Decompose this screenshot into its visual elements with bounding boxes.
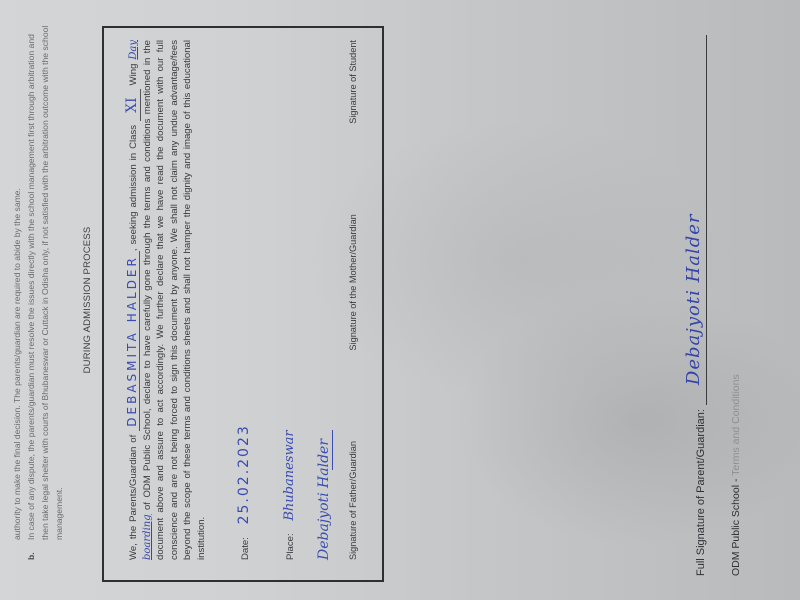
declaration-text: We, the Parents/Guardian of DEBASMITA HA… bbox=[126, 40, 208, 560]
decl-part3: Wing bbox=[128, 64, 139, 86]
full-signature-line: Debajyoti Halder bbox=[680, 35, 707, 405]
date-handwritten: 25.02.2023 bbox=[236, 424, 252, 524]
footer-doc-title: Terms and Conditions bbox=[730, 374, 742, 476]
father-signature-label: Signature of Father/Guardian bbox=[348, 441, 358, 560]
decl-part4: of ODM Public School, declare to have ca… bbox=[142, 40, 207, 560]
section-title: DURING ADMISSION PROCESS bbox=[82, 0, 93, 600]
full-signature-label: Full Signature of Parent/Guardian: bbox=[695, 409, 707, 576]
previous-continuation: authority to make the final decision. Th… bbox=[10, 20, 24, 560]
student-name-handwritten: DEBASMITA HALDER bbox=[125, 251, 140, 431]
decl-part1: We, the Parents/Guardian of bbox=[128, 435, 139, 560]
full-signature-row: Full Signature of Parent/Guardian: Debaj… bbox=[680, 16, 707, 576]
full-signature-handwritten: Debajyoti Halder bbox=[683, 213, 704, 385]
mother-signature-label: Signature of the Mother/Guardian bbox=[348, 214, 358, 350]
date-field: Date: 25.02.2023 bbox=[236, 424, 252, 560]
item-b: b. In case of any dispute, the parents/g… bbox=[24, 20, 66, 560]
document-page: authority to make the final decision. Th… bbox=[0, 0, 800, 600]
signature-labels: Signature of Father/Guardian Signature o… bbox=[348, 40, 358, 560]
place-label: Place: bbox=[285, 533, 296, 560]
item-b-marker: b. bbox=[24, 540, 66, 560]
footer-school: ODM Public School - bbox=[730, 476, 742, 576]
class-handwritten: XI bbox=[124, 89, 141, 121]
signature-flourish bbox=[332, 430, 333, 470]
item-b-text: In case of any dispute, the parents/guar… bbox=[24, 20, 66, 540]
decl-part2: seeking admission in Class bbox=[128, 125, 139, 245]
date-label: Date: bbox=[240, 537, 251, 560]
page-footer: ODM Public School - Terms and Conditions bbox=[730, 374, 742, 576]
place-field: Place: Bhubaneswar bbox=[282, 430, 297, 560]
previous-section-text: authority to make the final decision. Th… bbox=[10, 20, 66, 560]
student-signature-label: Signature of Student bbox=[348, 40, 358, 124]
declaration-box: We, the Parents/Guardian of DEBASMITA HA… bbox=[102, 26, 384, 582]
place-handwritten: Bhubaneswar bbox=[282, 430, 297, 520]
father-signature-handwritten: Debajyoti Halder bbox=[316, 439, 332, 560]
